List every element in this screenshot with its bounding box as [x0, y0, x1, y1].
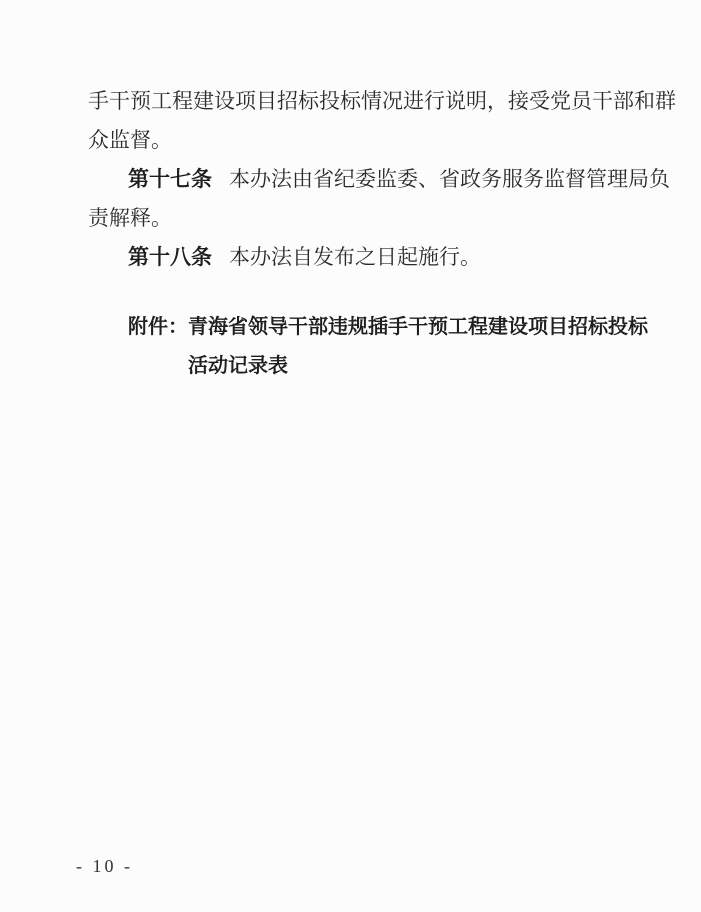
article-17-text: 本办法由省纪委监委、省政务服务监督管理局负: [229, 167, 670, 191]
article-17-line-1: 第十七条本办法由省纪委监委、省政务服务监督管理局负: [88, 160, 648, 199]
article-17-line-2: 责解释。: [88, 199, 648, 238]
article-18-line: 第十八条本办法自发布之日起施行。: [88, 238, 648, 277]
article-18-text: 本办法自发布之日起施行。: [229, 245, 481, 269]
page-number: - 10 -: [76, 856, 133, 877]
document-page: 手干预工程建设项目招标投标情况进行说明，接受党员干部和群 众监督。 第十七条本办…: [0, 0, 701, 912]
paragraph-continuation-line-1: 手干预工程建设项目招标投标情况进行说明，接受党员干部和群: [88, 82, 648, 121]
article-18-label: 第十八条: [128, 245, 212, 269]
attachment-title: 青海省领导干部违规插手干预工程建设项目招标投标 活动记录表: [188, 308, 648, 386]
document-body: 手干预工程建设项目招标投标情况进行说明，接受党员干部和群 众监督。 第十七条本办…: [88, 82, 648, 277]
attachment-label: 附件：: [128, 308, 188, 347]
attachment-title-line-1: 青海省领导干部违规插手干预工程建设项目招标投标: [188, 308, 648, 347]
attachment-title-line-2: 活动记录表: [188, 347, 648, 386]
article-17-label: 第十七条: [128, 167, 212, 191]
attachment-note: 附件： 青海省领导干部违规插手干预工程建设项目招标投标 活动记录表: [128, 308, 648, 386]
paragraph-continuation-line-2: 众监督。: [88, 121, 648, 160]
